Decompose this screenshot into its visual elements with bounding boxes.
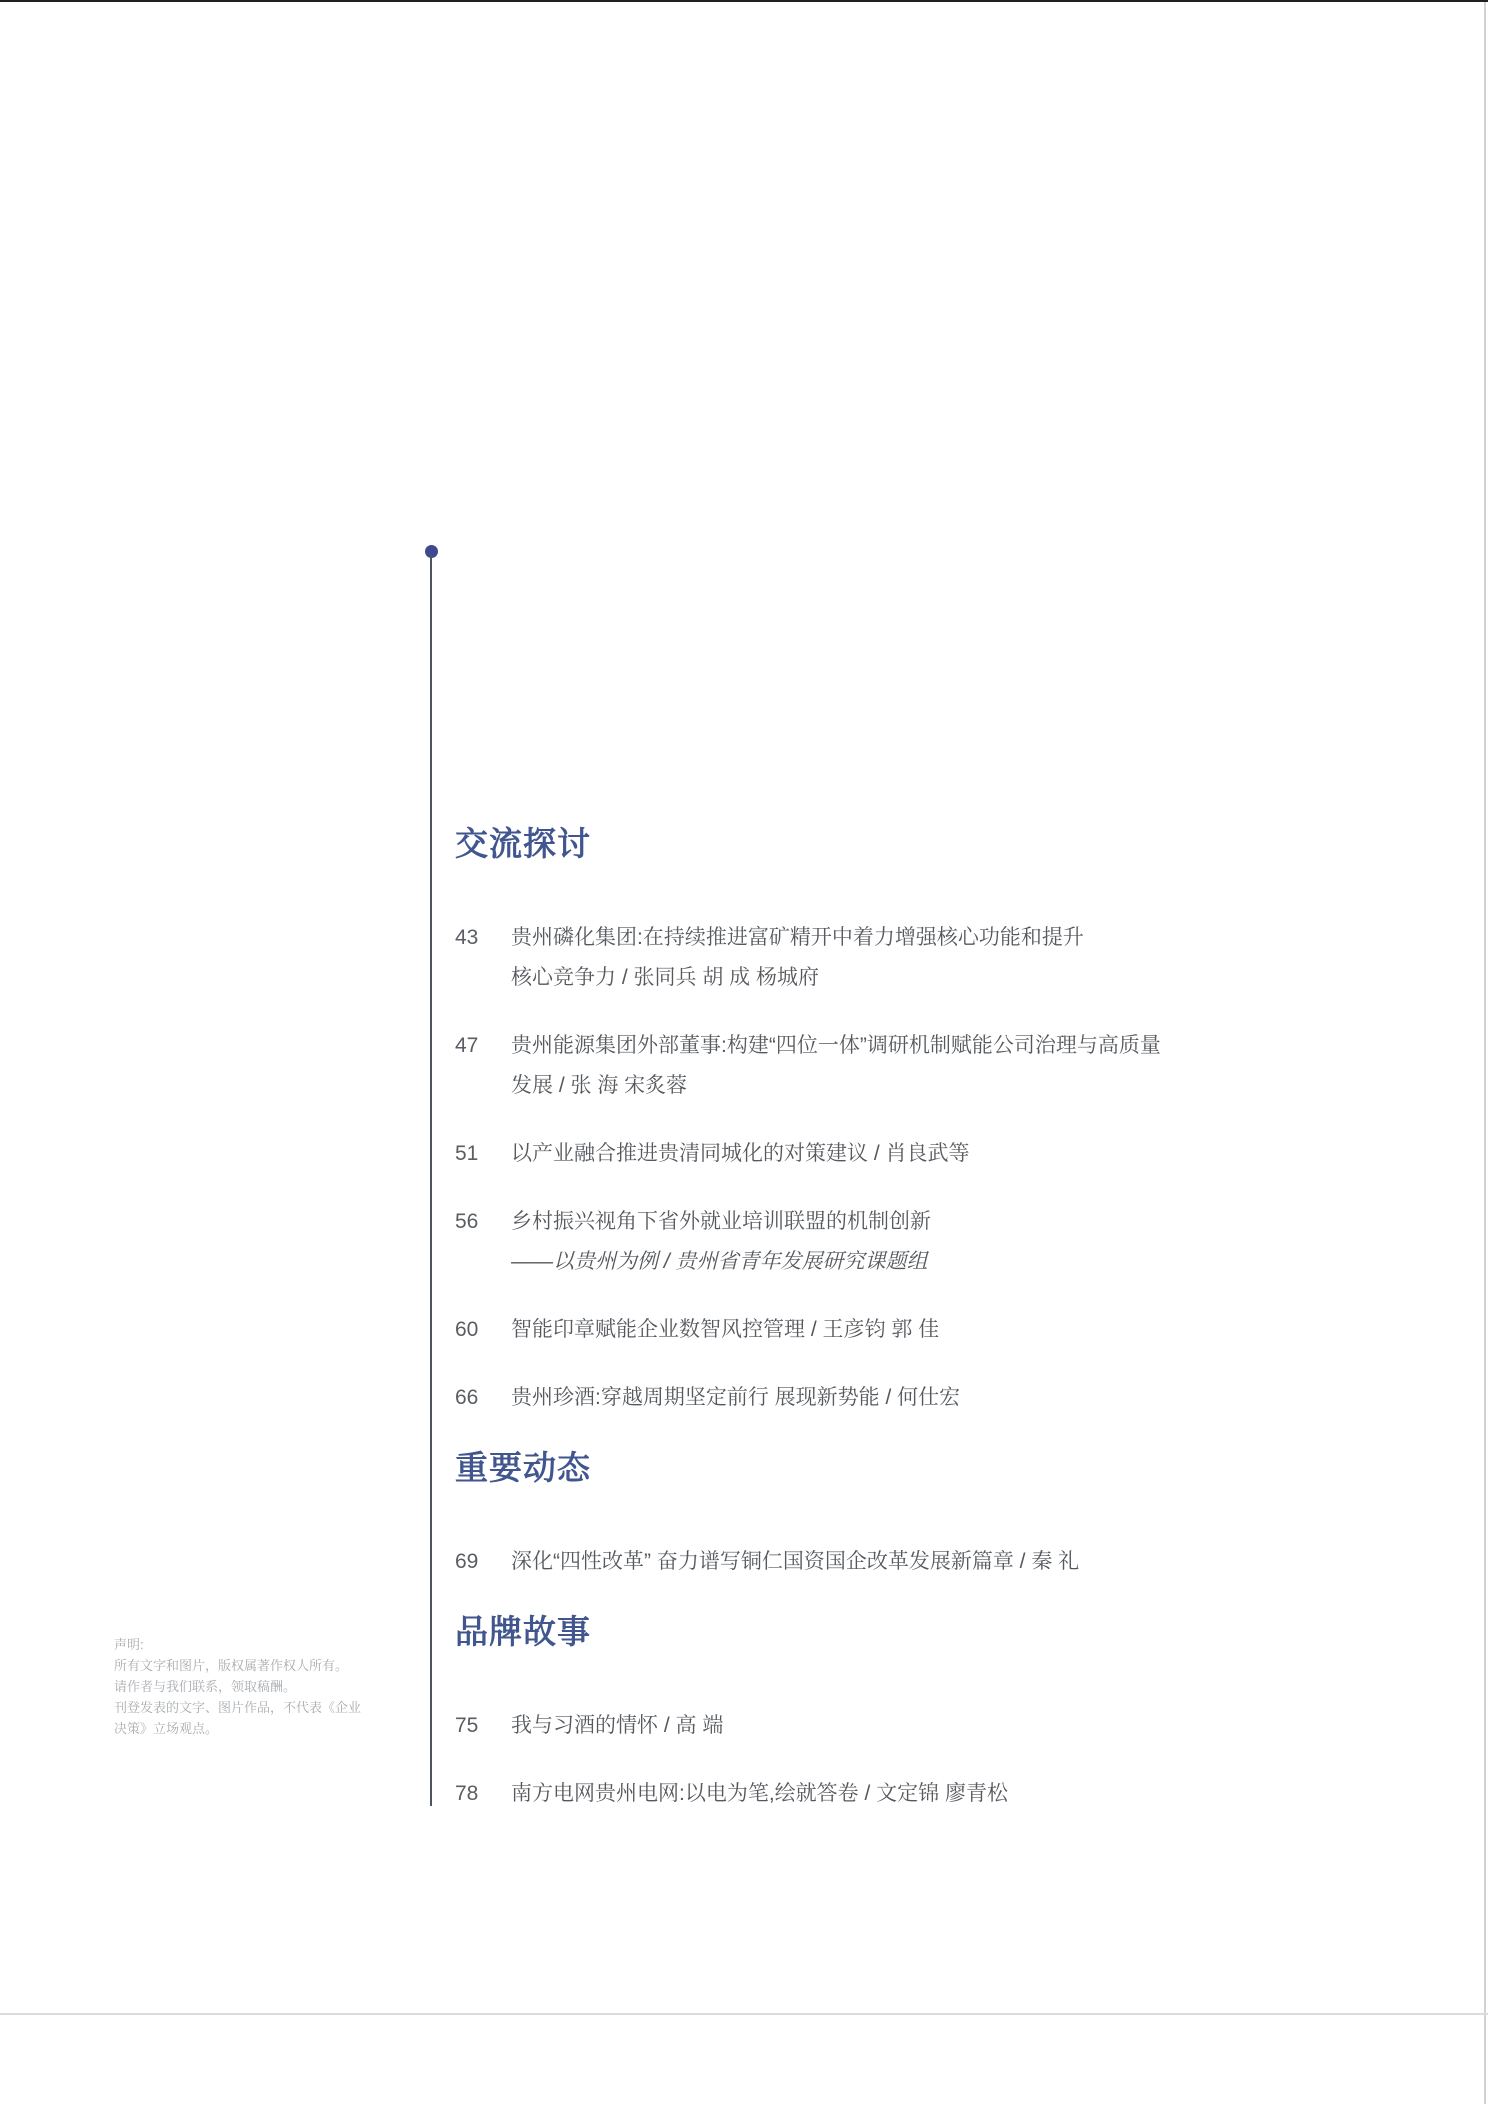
entry-title: 贵州磷化集团:在持续推进富矿精开中着力增强核心功能和提升 核心竞争力 / 张同兵… [511, 918, 1445, 998]
entry-page-number: 75 [455, 1706, 497, 1746]
toc-entry: 78 南方电网贵州电网:以电为笔,绘就答卷 / 文定锦 廖青松 [455, 1774, 1445, 1814]
entry-page-number: 47 [455, 1026, 497, 1066]
timeline-vertical-rule [430, 556, 432, 1806]
entry-title: 深化“四性改革” 奋力谱写铜仁国资国企改革发展新篇章 / 秦 礼 [511, 1542, 1445, 1582]
scan-edge-right [1484, 2, 1486, 2104]
toc-entry: 66 贵州珍酒:穿越周期坚定前行 展现新势能 / 何仕宏 [455, 1378, 1445, 1418]
entry-page-number: 56 [455, 1202, 497, 1242]
entry-page-number: 43 [455, 918, 497, 958]
entry-page-number: 78 [455, 1774, 497, 1814]
disclaimer-line: 刊登发表的文字、图片作品，不代表《企业 [114, 1697, 424, 1718]
entry-title-line: 核心竞争力 / 张同兵 胡 成 杨城府 [511, 958, 1445, 998]
entry-title-line: 以产业融合推进贵清同城化的对策建议 / 肖良武等 [511, 1134, 1445, 1174]
entry-title: 贵州能源集团外部董事:构建“四位一体”调研机制赋能公司治理与高质量 发展 / 张… [511, 1026, 1445, 1106]
table-of-contents: 交流探讨 43 贵州磷化集团:在持续推进富矿精开中着力增强核心功能和提升 核心竞… [455, 822, 1445, 1842]
disclaimer-line: 所有文字和图片，版权属著作权人所有。 [114, 1655, 424, 1676]
entry-title-line: 乡村振兴视角下省外就业培训联盟的机制创新 [511, 1202, 1445, 1242]
toc-entry: 75 我与习酒的情怀 / 高 端 [455, 1706, 1445, 1746]
entry-title-line: 贵州能源集团外部董事:构建“四位一体”调研机制赋能公司治理与高质量 [511, 1026, 1445, 1066]
entry-title-line: 贵州磷化集团:在持续推进富矿精开中着力增强核心功能和提升 [511, 918, 1445, 958]
section-title: 重要动态 [455, 1446, 1445, 1490]
entry-title: 乡村振兴视角下省外就业培训联盟的机制创新 ——以贵州为例 / 贵州省青年发展研究… [511, 1202, 1445, 1282]
disclaimer-line: 声明: [114, 1634, 424, 1655]
disclaimer-line: 决策》立场观点。 [114, 1718, 424, 1739]
toc-entry: 60 智能印章赋能企业数智风控管理 / 王彦钧 郭 佳 [455, 1310, 1445, 1350]
section-title: 品牌故事 [455, 1610, 1445, 1654]
entry-title-line: 南方电网贵州电网:以电为笔,绘就答卷 / 文定锦 廖青松 [511, 1774, 1445, 1814]
entry-page-number: 51 [455, 1134, 497, 1174]
entry-page-number: 66 [455, 1378, 497, 1418]
disclaimer-line: 请作者与我们联系，领取稿酬。 [114, 1676, 424, 1697]
scan-edge-bottom [0, 2013, 1488, 2015]
toc-entry: 43 贵州磷化集团:在持续推进富矿精开中着力增强核心功能和提升 核心竞争力 / … [455, 918, 1445, 998]
magazine-toc-page: 交流探讨 43 贵州磷化集团:在持续推进富矿精开中着力增强核心功能和提升 核心竞… [0, 0, 1488, 2104]
entry-title-line: 贵州珍酒:穿越周期坚定前行 展现新势能 / 何仕宏 [511, 1378, 1445, 1418]
entry-title: 智能印章赋能企业数智风控管理 / 王彦钧 郭 佳 [511, 1310, 1445, 1350]
section-exchange-discussion: 交流探讨 43 贵州磷化集团:在持续推进富矿精开中着力增强核心功能和提升 核心竞… [455, 822, 1445, 1418]
entry-title: 以产业融合推进贵清同城化的对策建议 / 肖良武等 [511, 1134, 1445, 1174]
entry-page-number: 60 [455, 1310, 497, 1350]
scan-edge-top [0, 0, 1488, 2]
section-brand-stories: 品牌故事 75 我与习酒的情怀 / 高 端 78 南方电网贵州电网:以电为笔,绘… [455, 1610, 1445, 1814]
entry-title-line: 发展 / 张 海 宋炙蓉 [511, 1066, 1445, 1106]
entry-title-line: 深化“四性改革” 奋力谱写铜仁国资国企改革发展新篇章 / 秦 礼 [511, 1542, 1445, 1582]
entry-title: 我与习酒的情怀 / 高 端 [511, 1706, 1445, 1746]
section-important-developments: 重要动态 69 深化“四性改革” 奋力谱写铜仁国资国企改革发展新篇章 / 秦 礼 [455, 1446, 1445, 1582]
toc-entry: 47 贵州能源集团外部董事:构建“四位一体”调研机制赋能公司治理与高质量 发展 … [455, 1026, 1445, 1106]
section-title: 交流探讨 [455, 822, 1445, 866]
entry-page-number: 69 [455, 1542, 497, 1582]
entry-subtitle-line: ——以贵州为例 / 贵州省青年发展研究课题组 [511, 1242, 1445, 1282]
copyright-disclaimer: 声明: 所有文字和图片，版权属著作权人所有。 请作者与我们联系，领取稿酬。 刊登… [114, 1634, 424, 1739]
entry-title-line: 我与习酒的情怀 / 高 端 [511, 1706, 1445, 1746]
toc-entry: 51 以产业融合推进贵清同城化的对策建议 / 肖良武等 [455, 1134, 1445, 1174]
entry-title: 贵州珍酒:穿越周期坚定前行 展现新势能 / 何仕宏 [511, 1378, 1445, 1418]
toc-entry: 69 深化“四性改革” 奋力谱写铜仁国资国企改革发展新篇章 / 秦 礼 [455, 1542, 1445, 1582]
toc-entry: 56 乡村振兴视角下省外就业培训联盟的机制创新 ——以贵州为例 / 贵州省青年发… [455, 1202, 1445, 1282]
entry-title-line: 智能印章赋能企业数智风控管理 / 王彦钧 郭 佳 [511, 1310, 1445, 1350]
entry-title: 南方电网贵州电网:以电为笔,绘就答卷 / 文定锦 廖青松 [511, 1774, 1445, 1814]
